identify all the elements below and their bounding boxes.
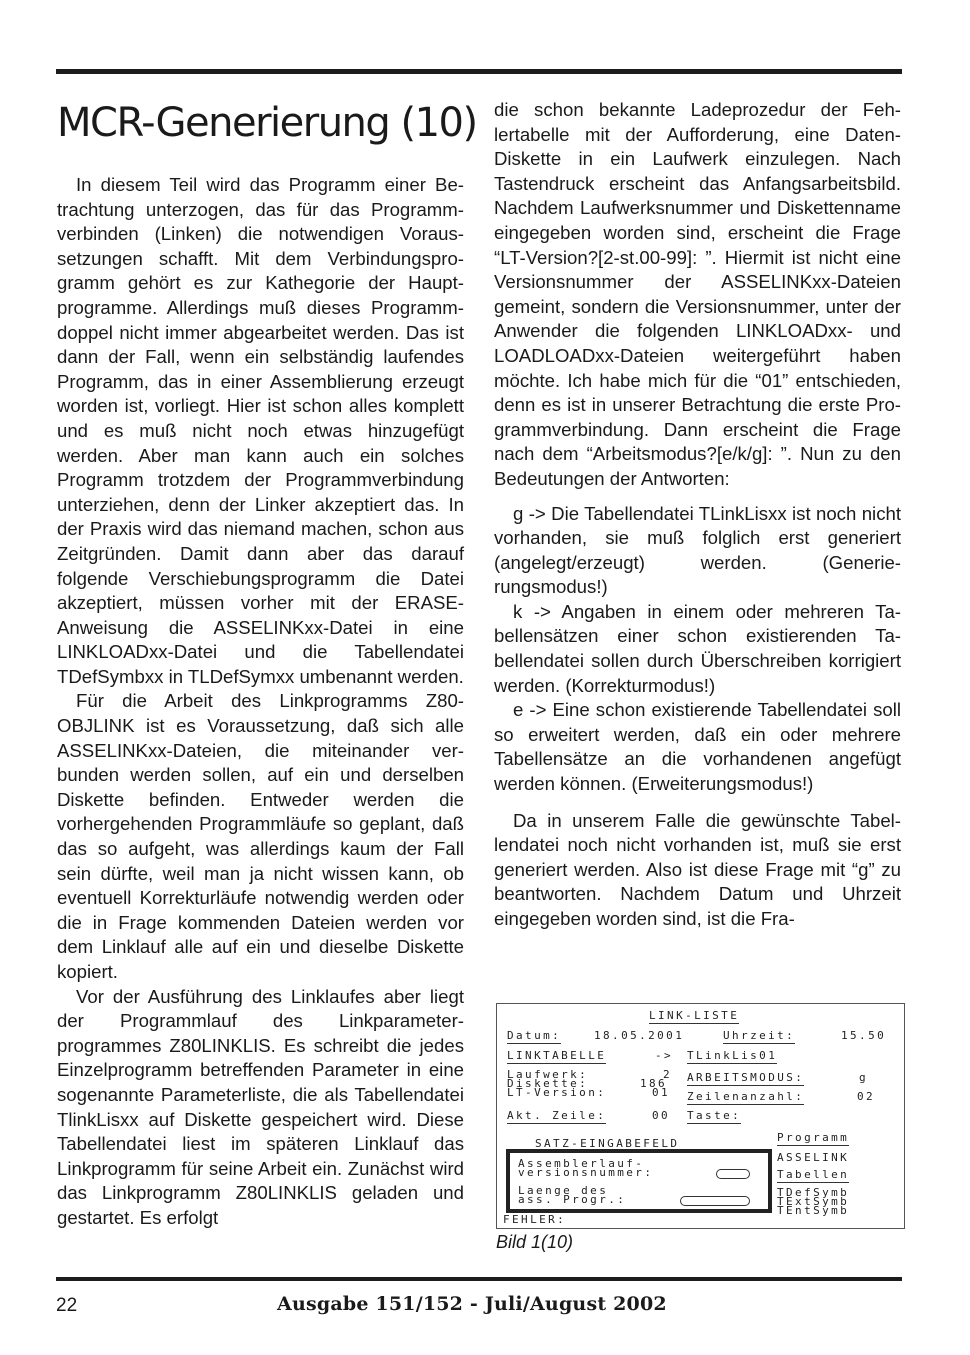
issue-line: Ausgabe 151/152 - Juli/August 2002 bbox=[277, 1293, 667, 1315]
akt-zeile-label: Akt. Zeile: bbox=[507, 1110, 606, 1124]
paragraph: Für die Arbeit des Linkprogramms Z80-OBJ… bbox=[57, 689, 464, 984]
arrow-icon: -> bbox=[655, 1050, 673, 1062]
taste-label: Taste: bbox=[687, 1110, 741, 1124]
fehler-label: FEHLER: bbox=[503, 1214, 566, 1226]
right-column: die schon bekannte Ladeprozedur der Feh­… bbox=[494, 98, 901, 932]
bottom-rule bbox=[56, 1277, 902, 1281]
tabellen-header: Tabellen bbox=[777, 1169, 849, 1183]
zeilenanzahl-label: Zeilenanzahl: bbox=[687, 1091, 804, 1105]
paragraph: die schon bekannte Ladeprozedur der Feh­… bbox=[494, 98, 901, 492]
uhrzeit-label: Uhrzeit: bbox=[723, 1030, 795, 1044]
link-liste-screen-figure: LINK-LISTE Datum: 18.05.2001 Uhrzeit: 15… bbox=[496, 1003, 905, 1229]
datum-value: 18.05.2001 bbox=[594, 1030, 684, 1042]
field1-label-line2: versionsnummer: bbox=[518, 1168, 653, 1177]
paragraph-mode-g: g -> Die Tabellendatei TLinkLisxx ist no… bbox=[494, 502, 901, 600]
paragraph-mode-e: e -> Eine schon existierende Tabellendat… bbox=[494, 698, 901, 796]
page-number: 22 bbox=[56, 1295, 77, 1317]
tabellen-item: TEntSymb bbox=[777, 1206, 849, 1215]
linktabelle-label: LINKTABELLE bbox=[507, 1050, 606, 1064]
datum-label: Datum: bbox=[507, 1030, 561, 1044]
article-title: MCR-Generierung (10) bbox=[57, 98, 477, 148]
ltversion-value: 01 bbox=[652, 1088, 670, 1097]
ltversion-label: LT-Version: bbox=[507, 1088, 606, 1097]
uhrzeit-value: 15.50 bbox=[841, 1030, 886, 1042]
figure-caption: Bild 1(10) bbox=[496, 1232, 573, 1253]
programm-item: ASSELINK bbox=[777, 1152, 849, 1164]
paragraph: Vor der Ausführung des Linklaufes aber l… bbox=[57, 985, 464, 1231]
paragraph: Da in unserem Falle die gewünschte Tabel… bbox=[494, 809, 901, 932]
field2-label-line2: ass. Progr.: bbox=[518, 1195, 626, 1204]
paragraph: In diesem Teil wird das Programm einer B… bbox=[57, 173, 464, 689]
linktabelle-value: TLinkLis01 bbox=[687, 1050, 777, 1064]
satz-eingabefeld-box: Assemblerlauf- versionsnummer: Laenge de… bbox=[506, 1149, 772, 1213]
akt-zeile-value: 00 bbox=[652, 1110, 670, 1122]
screen-title: LINK-LISTE bbox=[649, 1010, 739, 1024]
arbeitsmodus-value: g bbox=[859, 1072, 868, 1084]
left-column: In diesem Teil wird das Programm einer B… bbox=[57, 173, 464, 1231]
top-rule bbox=[56, 69, 902, 74]
zeilenanzahl-value: 02 bbox=[857, 1091, 875, 1103]
arbeitsmodus-label: ARBEITSMODUS: bbox=[687, 1072, 804, 1086]
paragraph-mode-k: k -> Angaben in einem oder mehreren Ta­b… bbox=[494, 600, 901, 698]
version-input-slot bbox=[716, 1168, 750, 1180]
programm-header: Programm bbox=[777, 1132, 849, 1146]
length-input-slot bbox=[680, 1195, 750, 1207]
